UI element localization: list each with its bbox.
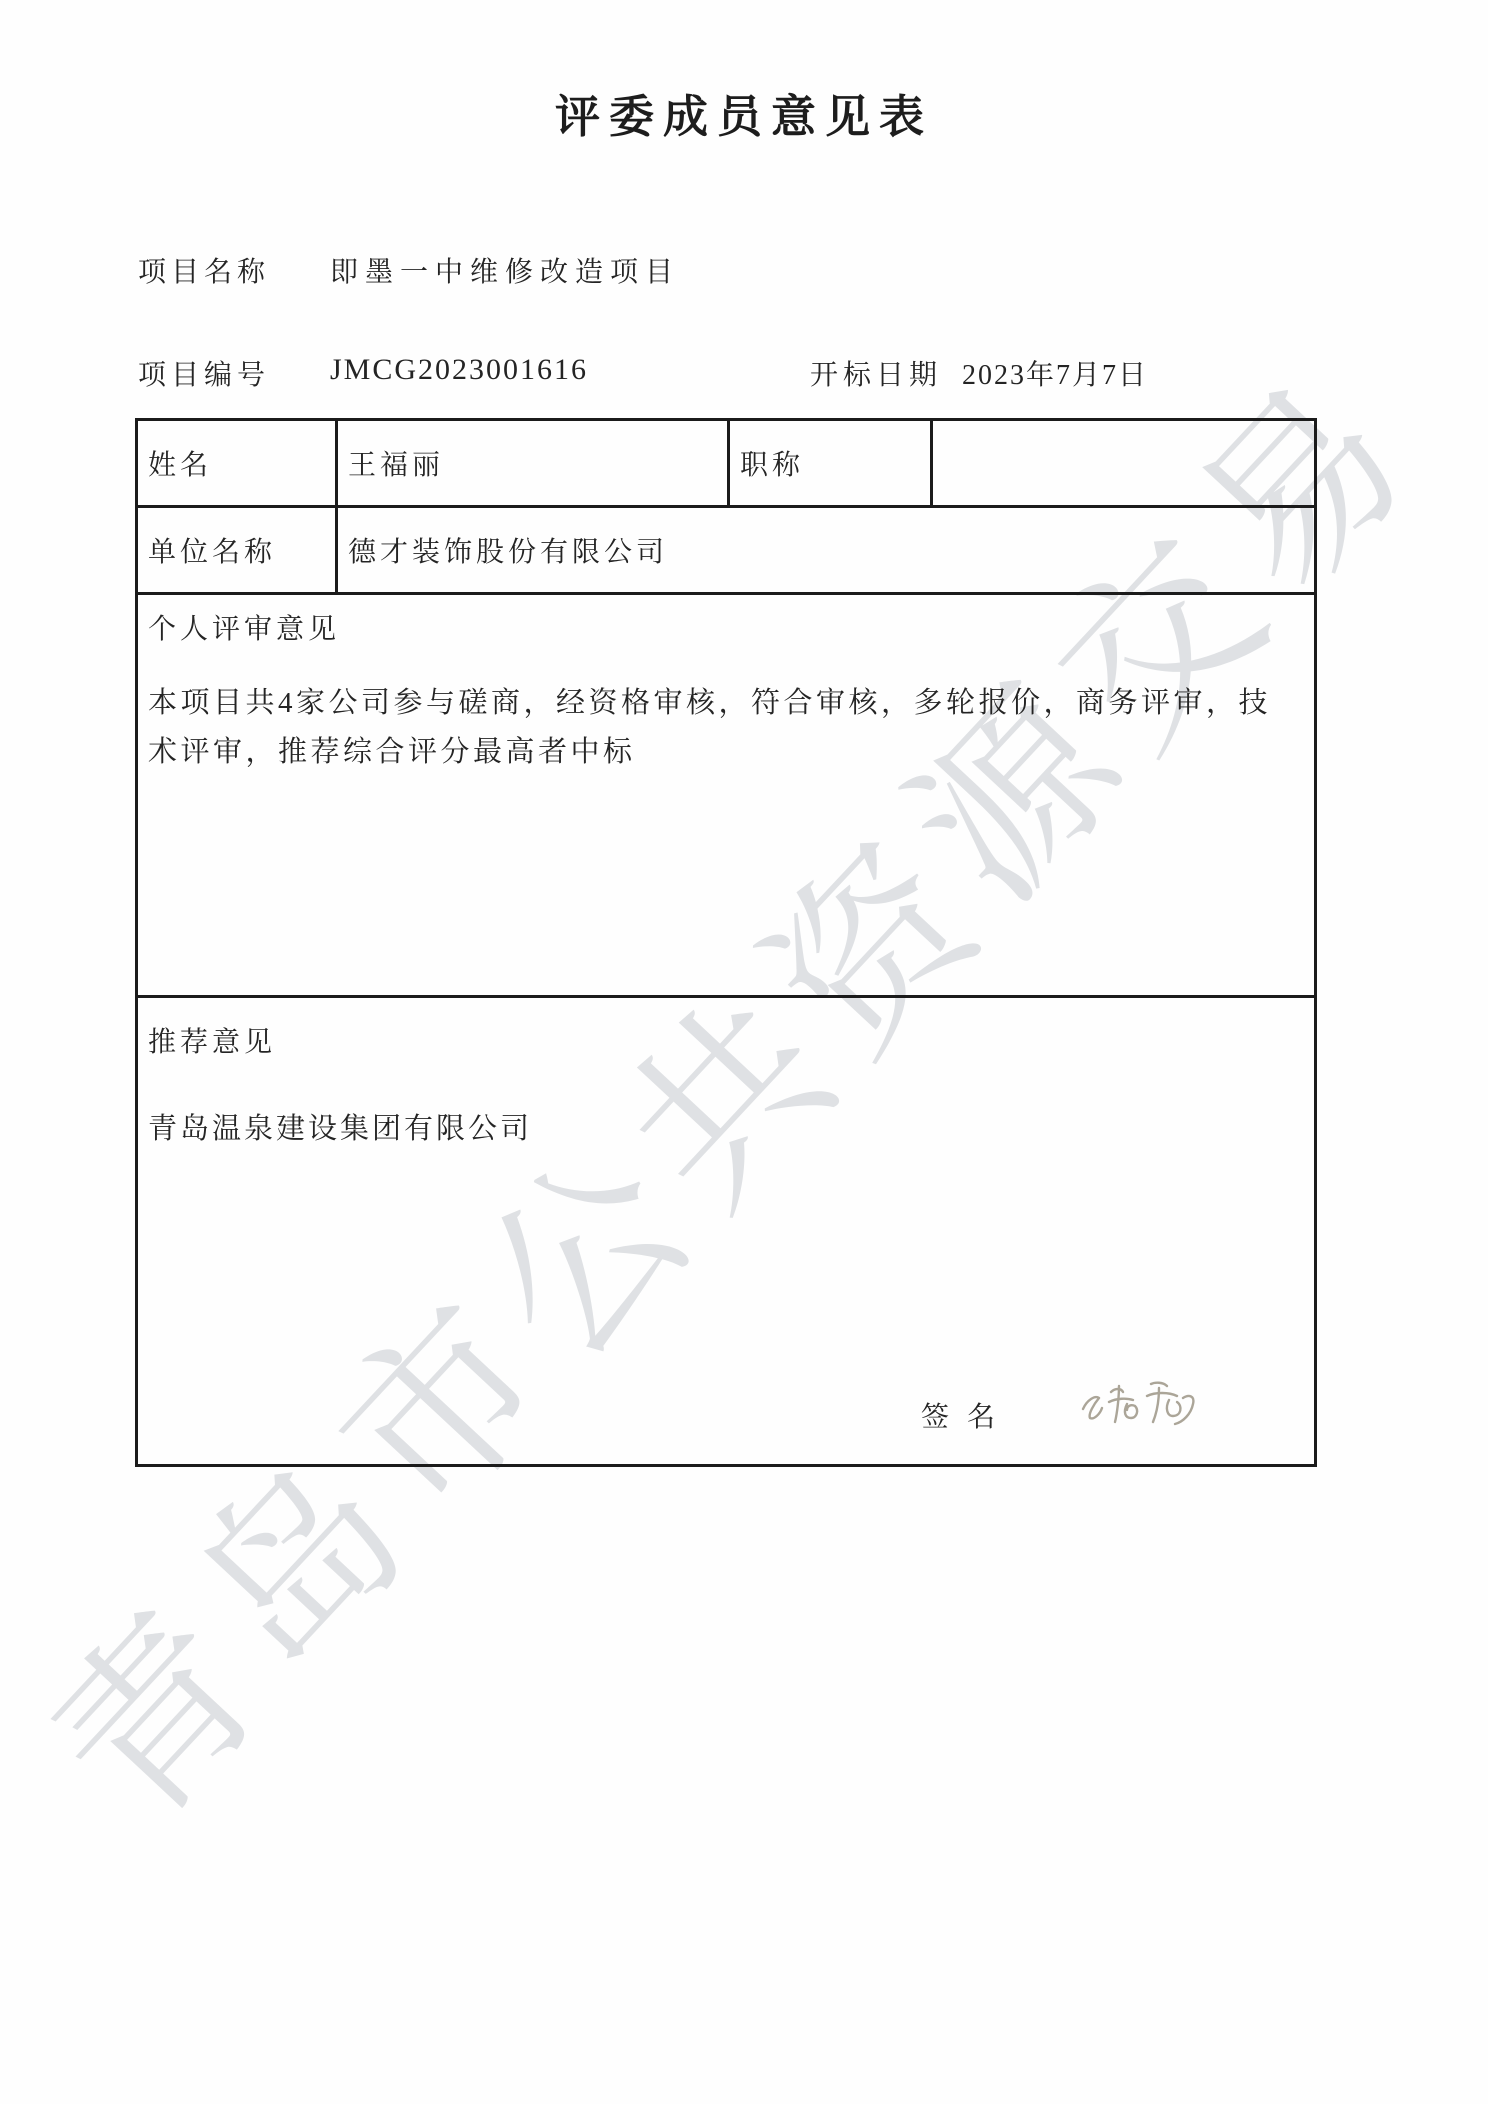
unit-name-value-cell: 德才装饰股份有限公司 xyxy=(338,508,1314,592)
scanned-document-page: 青岛市公共资源交易 评委成员意见表 项目名称 即墨一中维修改造项目 项目编号 J… xyxy=(0,0,1488,2104)
project-name-value: 即墨一中维修改造项目 xyxy=(330,250,680,290)
personal-opinion-cell: 个人评审意见 本项目共4家公司参与磋商，经资格审核，符合审核，多轮报价，商务评审… xyxy=(138,595,1314,998)
opinion-form-table: 姓名 王福丽 职称 单位名称 德才装饰股份有限公司 个人评审意见 本项目共4家公… xyxy=(135,418,1317,1467)
job-title-value-cell xyxy=(933,421,1314,505)
document-title: 评委成员意见表 xyxy=(0,80,1488,145)
table-row-name: 姓名 王福丽 职称 xyxy=(138,421,1314,508)
project-number-label: 项目编号 xyxy=(138,353,270,393)
personal-opinion-label: 个人评审意见 xyxy=(148,607,1300,647)
name-value-cell: 王福丽 xyxy=(338,421,730,505)
signature-label: 签名 xyxy=(921,1395,1013,1435)
bid-date-label: 开标日期 xyxy=(810,353,942,393)
personal-opinion-text: 本项目共4家公司参与磋商，经资格审核，符合审核，多轮报价，商务评审，技术评审，推… xyxy=(148,679,1300,777)
unit-name-label-cell: 单位名称 xyxy=(138,508,338,592)
recommendation-value: 青岛温泉建设集团有限公司 xyxy=(148,1106,1300,1147)
recommendation-cell: 推荐意见 青岛温泉建设集团有限公司 签名 xyxy=(138,998,1314,1464)
recommendation-label: 推荐意见 xyxy=(148,1020,1300,1060)
job-title-label-cell: 职称 xyxy=(730,421,933,505)
project-number-value: JMCG2023001616 xyxy=(330,353,588,387)
name-label-cell: 姓名 xyxy=(138,421,338,505)
project-name-label: 项目名称 xyxy=(138,250,270,290)
table-row-unit: 单位名称 德才装饰股份有限公司 xyxy=(138,508,1314,595)
bid-date-value: 2023年7月7日 xyxy=(962,353,1148,393)
handwritten-signature xyxy=(1073,1373,1213,1437)
